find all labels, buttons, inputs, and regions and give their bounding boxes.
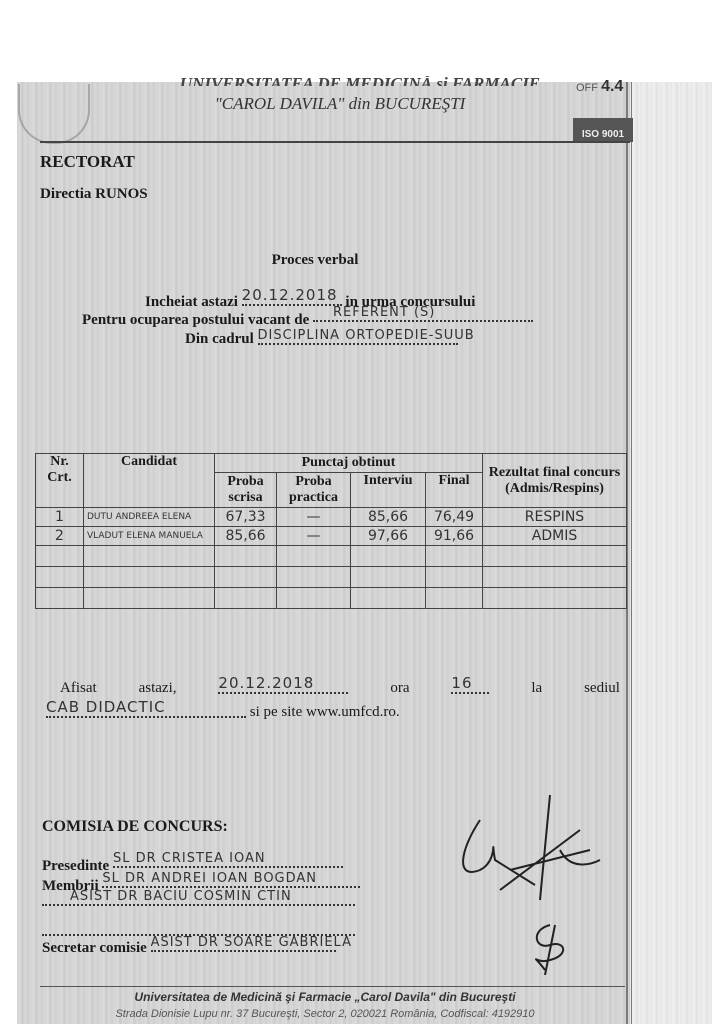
table-row: 2VLADUT ELENA MANUELA85,66—97,6691,66ADM…: [36, 527, 627, 546]
cell-rezultat: [483, 546, 627, 567]
cell-proba-practica: [277, 588, 351, 609]
sediul-label: sediul: [584, 680, 620, 700]
ora-label: ora: [390, 680, 409, 700]
university-name-line1: UNIVERSITATEA DE MEDICINĂ şi FARMACIE: [160, 76, 560, 86]
concluded-label: Incheiat astazi: [145, 294, 238, 310]
cell-rezultat: [483, 588, 627, 609]
posting-label2: astazi,: [139, 680, 177, 700]
table-row: [36, 567, 627, 588]
form-code-prefix: OFF: [576, 82, 598, 94]
cell-final: [426, 567, 483, 588]
cell-proba-practica: —: [277, 508, 351, 527]
president-value: SL DR CRISTEA IOAN: [113, 851, 343, 868]
cell-nr: 1: [36, 508, 84, 527]
table-row: 1DUTU ANDREEA ELENA67,33—85,6676,49RESPI…: [36, 508, 627, 527]
form-code: OFF 4.4: [576, 78, 623, 96]
scan-margin: [630, 82, 712, 1024]
scan-artifact-line: [631, 82, 632, 1024]
table-row: [36, 588, 627, 609]
footer-university: Universitatea de Medicină şi Farmacie „C…: [0, 990, 650, 1004]
cell-interviu: 97,66: [351, 527, 426, 546]
cell-nr: [36, 546, 84, 567]
cell-candidat: VLADUT ELENA MANUELA: [84, 527, 215, 546]
president-label: Presedinte: [42, 858, 109, 874]
posting-line: Afisat astazi, 20.12.2018 ora 16 la sedi…: [60, 680, 620, 700]
footer-divider: [40, 986, 625, 987]
cell-rezultat: [483, 567, 627, 588]
cell-candidat: [84, 588, 215, 609]
header-final: Final: [426, 473, 483, 508]
concluded-date: 20.12.2018: [242, 286, 342, 306]
cell-rezultat: RESPINS: [483, 508, 627, 527]
form-code-value: 4.4: [601, 78, 623, 95]
cell-proba-scrisa: 85,66: [215, 527, 277, 546]
document-title: Proces verbal: [0, 252, 630, 269]
la-label: la: [531, 680, 542, 700]
rectorat-label: RECTORAT: [40, 152, 135, 172]
results-table: Nr. Crt. Candidat Punctaj obtinut Rezult…: [35, 453, 627, 609]
cell-interviu: [351, 567, 426, 588]
position-value: REFERENT (S): [313, 305, 533, 322]
footer-address: Strada Dionisie Lupu nr. 37 Bucureşti, S…: [0, 1008, 650, 1020]
cell-candidat: DUTU ANDREEA ELENA: [84, 508, 215, 527]
posting-site: si pe site www.umfcd.ro.: [250, 704, 400, 720]
cell-nr: [36, 567, 84, 588]
secretary-value: ASIST DR SOARE GABRIELA: [151, 935, 336, 952]
member-2: ASIST DR BACIU COSMIN CTIN: [42, 889, 355, 906]
cell-proba-scrisa: 67,33: [215, 508, 277, 527]
header-nr: Nr. Crt.: [36, 454, 84, 508]
header-divider: [40, 141, 630, 143]
header-interviu: Interviu: [351, 473, 426, 508]
cell-rezultat: ADMIS: [483, 527, 627, 546]
cell-interviu: [351, 546, 426, 567]
table-row: [36, 546, 627, 567]
cell-proba-scrisa: [215, 588, 277, 609]
posting-label: Afisat: [60, 680, 97, 700]
header-candidat: Candidat: [84, 454, 215, 508]
cell-proba-practica: [277, 546, 351, 567]
posting-location: CAB DIDACTIC: [46, 698, 246, 718]
member-1: SL DR ANDREI IOAN BOGDAN: [102, 871, 360, 888]
cell-interviu: [351, 588, 426, 609]
cell-interviu: 85,66: [351, 508, 426, 527]
from-value: DISCIPLINA ORTOPEDIE-SUUB: [258, 328, 458, 345]
cell-final: 91,66: [426, 527, 483, 546]
from-line: Din cadrul DISCIPLINA ORTOPEDIE-SUUB: [185, 331, 458, 349]
cell-final: 76,49: [426, 508, 483, 527]
signature-icon: [440, 790, 610, 910]
secretary-row: Secretar comisie ASIST DR SOARE GABRIELA: [42, 940, 336, 958]
ora-value: 16: [451, 674, 489, 694]
commission-title: COMISIA DE CONCURS:: [42, 818, 228, 836]
header-proba-practica: Proba practica: [277, 473, 351, 508]
header-punctaj: Punctaj obtinut: [215, 454, 483, 473]
posting-date: 20.12.2018: [218, 674, 348, 694]
cell-proba-scrisa: [215, 567, 277, 588]
cell-proba-practica: [277, 567, 351, 588]
cell-candidat: [84, 546, 215, 567]
signature-secretary-icon: [525, 920, 575, 975]
cell-candidat: [84, 567, 215, 588]
university-name-line2: "CAROL DAVILA" din BUCUREŞTI: [140, 94, 540, 114]
cell-final: [426, 588, 483, 609]
members-row-2: ASIST DR BACIU COSMIN CTIN: [42, 898, 355, 916]
position-label: Pentru ocuparea postului vacant de: [82, 312, 309, 328]
header-rezultat: Rezultat final concurs (Admis/Respins): [483, 454, 627, 508]
cell-proba-practica: —: [277, 527, 351, 546]
posting-location-line: CAB DIDACTIC si pe site www.umfcd.ro.: [46, 702, 400, 722]
cell-proba-scrisa: [215, 546, 277, 567]
header-proba-scrisa: Proba scrisa: [215, 473, 277, 508]
from-label: Din cadrul: [185, 331, 254, 347]
cell-final: [426, 546, 483, 567]
secretary-label: Secretar comisie: [42, 940, 147, 956]
cell-nr: [36, 588, 84, 609]
cell-nr: 2: [36, 527, 84, 546]
directia-label: Directia RUNOS: [40, 186, 148, 203]
iso-badge: ISO 9001: [573, 118, 633, 142]
